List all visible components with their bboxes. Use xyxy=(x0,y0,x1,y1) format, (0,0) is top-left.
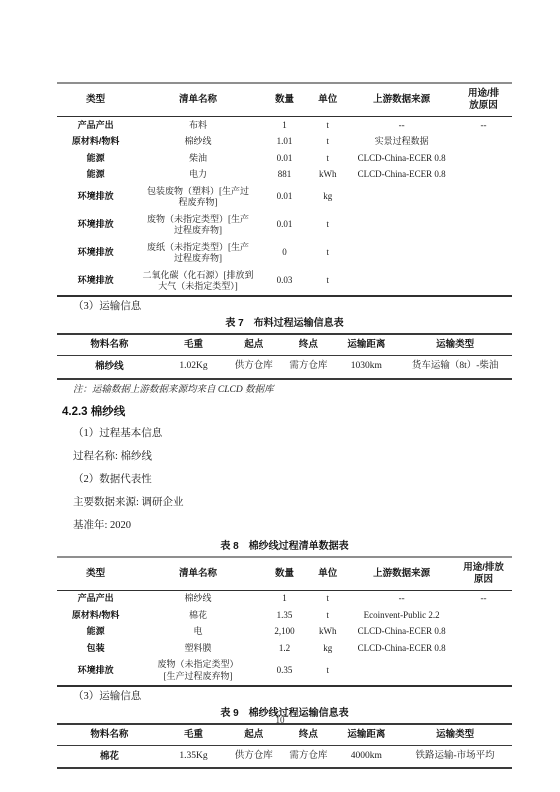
table-cell: -- xyxy=(455,590,512,607)
column-header: 运输距离 xyxy=(335,724,399,746)
table-cell: 能源 xyxy=(57,624,134,641)
table-row: 棉纱线1.02Kg供方仓库需方仓库1030km货车运输（8t）-柴油 xyxy=(57,356,512,379)
yarn-representativeness-label: （2）数据代表性 xyxy=(73,468,512,491)
table-cell: CLCD-China-ECER 0.8 xyxy=(348,640,455,657)
table-cell: 需方仓库 xyxy=(282,745,334,768)
table-cell: kg xyxy=(307,640,348,657)
table-cell: 0.35 xyxy=(262,657,308,686)
table-cell xyxy=(455,239,512,267)
table-cell: 1.01 xyxy=(262,134,308,151)
table-cell: 棉纱线 xyxy=(134,590,261,607)
table-cell: t xyxy=(307,211,348,239)
table-cell: -- xyxy=(348,590,455,607)
table-cell: 电力 xyxy=(134,167,261,184)
table-cell: 铁路运输-市场平均 xyxy=(398,745,512,768)
yarn-process-name: 过程名称: 棉纱线 xyxy=(73,445,512,468)
table-row: 棉花1.35Kg供方仓库需方仓库4000km铁路运输-市场平均 xyxy=(57,745,512,768)
table-cell: 能源 xyxy=(57,167,134,184)
table-row: 能源电2,100kWhCLCD-China-ECER 0.8 xyxy=(57,624,512,641)
yarn-base-year: 基准年: 2020 xyxy=(73,514,512,537)
header-row: 类型清单名称数量单位上游数据来源用途/排 放原因 xyxy=(57,83,512,117)
yarn-transport-table: 物料名称毛重起点终点运输距离运输类型棉花1.35Kg供方仓库需方仓库4000km… xyxy=(57,723,512,770)
table-cell: 电 xyxy=(134,624,261,641)
table-cell: 环境排放 xyxy=(57,183,134,211)
column-header: 类型 xyxy=(57,557,134,591)
table-cell xyxy=(348,183,455,211)
yarn-inventory-table: 类型清单名称数量单位上游数据来源用途/排放 原因产品产出棉纱线1t----原材料… xyxy=(57,556,512,687)
table-cell: t xyxy=(307,134,348,151)
table-cell xyxy=(348,211,455,239)
column-header: 清单名称 xyxy=(134,557,261,591)
header-row: 类型清单名称数量单位上游数据来源用途/排放 原因 xyxy=(57,557,512,591)
column-header: 单位 xyxy=(307,83,348,117)
table7-caption: 表 7 布料过程运输信息表 xyxy=(57,317,512,330)
table-cell: 塑料膜 xyxy=(134,640,261,657)
table-cell: 1.35 xyxy=(262,607,308,624)
table-cell: 2,100 xyxy=(262,624,308,641)
table-cell: 货车运输（8t）-柴油 xyxy=(398,356,512,379)
column-header: 起点 xyxy=(225,724,282,746)
table-cell: 0 xyxy=(262,239,308,267)
document-page: 类型清单名称数量单位上游数据来源用途/排 放原因产品产出布料1t----原材料/… xyxy=(0,0,560,792)
table-cell: 产品产出 xyxy=(57,117,134,134)
table-cell: 能源 xyxy=(57,150,134,167)
column-header: 类型 xyxy=(57,83,134,117)
table-cell: 0.01 xyxy=(262,183,308,211)
table-cell: 881 xyxy=(262,167,308,184)
table-cell: 0.01 xyxy=(262,211,308,239)
section-heading-yarn: 4.2.3 棉纱线 xyxy=(62,405,512,420)
table-row: 原材料/物料棉纱线1.01t实景过程数据 xyxy=(57,134,512,151)
column-header: 清单名称 xyxy=(134,83,261,117)
table-cell: 1030km xyxy=(335,356,399,379)
table-cell xyxy=(348,239,455,267)
table-cell: 废物（未指定类型）[生产 过程废弃物] xyxy=(134,211,261,239)
fabric-transport-table: 物料名称毛重起点终点运输距离运输类型棉纱线1.02Kg供方仓库需方仓库1030k… xyxy=(57,333,512,380)
table-cell: 0.03 xyxy=(262,267,308,296)
fabric-inventory-table: 类型清单名称数量单位上游数据来源用途/排 放原因产品产出布料1t----原材料/… xyxy=(57,82,512,297)
table-cell xyxy=(455,167,512,184)
table-cell xyxy=(455,150,512,167)
table-cell xyxy=(455,657,512,686)
column-header: 上游数据来源 xyxy=(348,557,455,591)
column-header: 数量 xyxy=(262,83,308,117)
table-cell: CLCD-China-ECER 0.8 xyxy=(348,167,455,184)
table-cell xyxy=(455,267,512,296)
table-row: 产品产出布料1t---- xyxy=(57,117,512,134)
column-header: 毛重 xyxy=(162,334,226,356)
table-cell: 需方仓库 xyxy=(282,356,334,379)
table-cell: Ecoinvent-Public 2.2 xyxy=(348,607,455,624)
table-cell: 棉花 xyxy=(134,607,261,624)
column-header: 运输距离 xyxy=(335,334,399,356)
table-cell: 1.02Kg xyxy=(162,356,226,379)
table-cell: 1.35Kg xyxy=(162,745,226,768)
page-content: 类型清单名称数量单位上游数据来源用途/排 放原因产品产出布料1t----原材料/… xyxy=(57,82,512,769)
table-cell: t xyxy=(307,607,348,624)
table-cell: 环境排放 xyxy=(57,267,134,296)
table-cell: kWh xyxy=(307,167,348,184)
table-cell: 原材料/物料 xyxy=(57,607,134,624)
table-cell: -- xyxy=(455,117,512,134)
table-cell xyxy=(455,640,512,657)
table-cell xyxy=(455,624,512,641)
table-cell: t xyxy=(307,657,348,686)
table-row: 环境排放废物（未指定类型）[生产 过程废弃物]0.01t xyxy=(57,211,512,239)
table-cell xyxy=(455,607,512,624)
table-cell: 0.01 xyxy=(262,150,308,167)
table-cell: 原材料/物料 xyxy=(57,134,134,151)
table-cell: 实景过程数据 xyxy=(348,134,455,151)
table-cell xyxy=(348,267,455,296)
table-cell: 废物（未指定类型） [生产过程废弃物] xyxy=(134,657,261,686)
table-cell: 棉纱线 xyxy=(57,356,162,379)
header-row: 物料名称毛重起点终点运输距离运输类型 xyxy=(57,724,512,746)
table-cell xyxy=(455,134,512,151)
table-row: 能源电力881kWhCLCD-China-ECER 0.8 xyxy=(57,167,512,184)
table-row: 环境排放废物（未指定类型） [生产过程废弃物]0.35t xyxy=(57,657,512,686)
table-cell xyxy=(455,183,512,211)
table7-note: 注：运输数据上游数据来源均来自 CLCD 数据库 xyxy=(73,384,512,396)
table-cell: 1 xyxy=(262,117,308,134)
fabric-transport-label: （3）运输信息 xyxy=(73,300,512,314)
table-cell: 产品产出 xyxy=(57,590,134,607)
table-row: 环境排放包装废物（塑料）[生产过 程废弃物]0.01kg xyxy=(57,183,512,211)
table-cell: 二氧化碳（化石源）[排放到 大气（未指定类型）] xyxy=(134,267,261,296)
table-cell: -- xyxy=(348,117,455,134)
column-header: 物料名称 xyxy=(57,724,162,746)
table-row: 包装塑料膜1.2kgCLCD-China-ECER 0.8 xyxy=(57,640,512,657)
table-cell xyxy=(348,657,455,686)
column-header: 起点 xyxy=(225,334,282,356)
table-cell: 供方仓库 xyxy=(225,356,282,379)
table-cell: 包装废物（塑料）[生产过 程废弃物] xyxy=(134,183,261,211)
table-cell: 1 xyxy=(262,590,308,607)
table-cell: 废纸（未指定类型）[生产 过程废弃物] xyxy=(134,239,261,267)
column-header: 上游数据来源 xyxy=(348,83,455,117)
column-header: 终点 xyxy=(282,334,334,356)
table8-caption: 表 8 棉纱线过程清单数据表 xyxy=(57,540,512,553)
table-cell: 1.2 xyxy=(262,640,308,657)
yarn-transport-label: （3）运输信息 xyxy=(73,690,512,704)
column-header: 终点 xyxy=(282,724,334,746)
table-cell: t xyxy=(307,150,348,167)
table-cell: 布料 xyxy=(134,117,261,134)
table-cell: 包装 xyxy=(57,640,134,657)
table-row: 环境排放二氧化碳（化石源）[排放到 大气（未指定类型）]0.03t xyxy=(57,267,512,296)
table-cell xyxy=(455,211,512,239)
table-row: 能源柴油0.01tCLCD-China-ECER 0.8 xyxy=(57,150,512,167)
column-header: 单位 xyxy=(307,557,348,591)
table-cell: t xyxy=(307,590,348,607)
table-cell: 供方仓库 xyxy=(225,745,282,768)
table-cell: 环境排放 xyxy=(57,239,134,267)
header-row: 物料名称毛重起点终点运输距离运输类型 xyxy=(57,334,512,356)
table-cell: 环境排放 xyxy=(57,657,134,686)
table-cell: 棉纱线 xyxy=(134,134,261,151)
page-number: 10 xyxy=(0,715,560,725)
yarn-data-source: 主要数据来源: 调研企业 xyxy=(73,491,512,514)
column-header: 运输类型 xyxy=(398,724,512,746)
table-cell: t xyxy=(307,239,348,267)
table-cell: 4000km xyxy=(335,745,399,768)
table-cell: kg xyxy=(307,183,348,211)
column-header: 用途/排放 原因 xyxy=(455,557,512,591)
table-cell: CLCD-China-ECER 0.8 xyxy=(348,624,455,641)
column-header: 物料名称 xyxy=(57,334,162,356)
table-cell: 环境排放 xyxy=(57,211,134,239)
table-cell: CLCD-China-ECER 0.8 xyxy=(348,150,455,167)
table-row: 原材料/物料棉花1.35tEcoinvent-Public 2.2 xyxy=(57,607,512,624)
table-cell: 柴油 xyxy=(134,150,261,167)
yarn-basic-info-label: （1）过程基本信息 xyxy=(73,422,512,445)
column-header: 数量 xyxy=(262,557,308,591)
table-row: 环境排放废纸（未指定类型）[生产 过程废弃物]0t xyxy=(57,239,512,267)
table-cell: t xyxy=(307,117,348,134)
column-header: 用途/排 放原因 xyxy=(455,83,512,117)
table-cell: kWh xyxy=(307,624,348,641)
column-header: 毛重 xyxy=(162,724,226,746)
column-header: 运输类型 xyxy=(398,334,512,356)
table-row: 产品产出棉纱线1t---- xyxy=(57,590,512,607)
table-cell: 棉花 xyxy=(57,745,162,768)
table-cell: t xyxy=(307,267,348,296)
